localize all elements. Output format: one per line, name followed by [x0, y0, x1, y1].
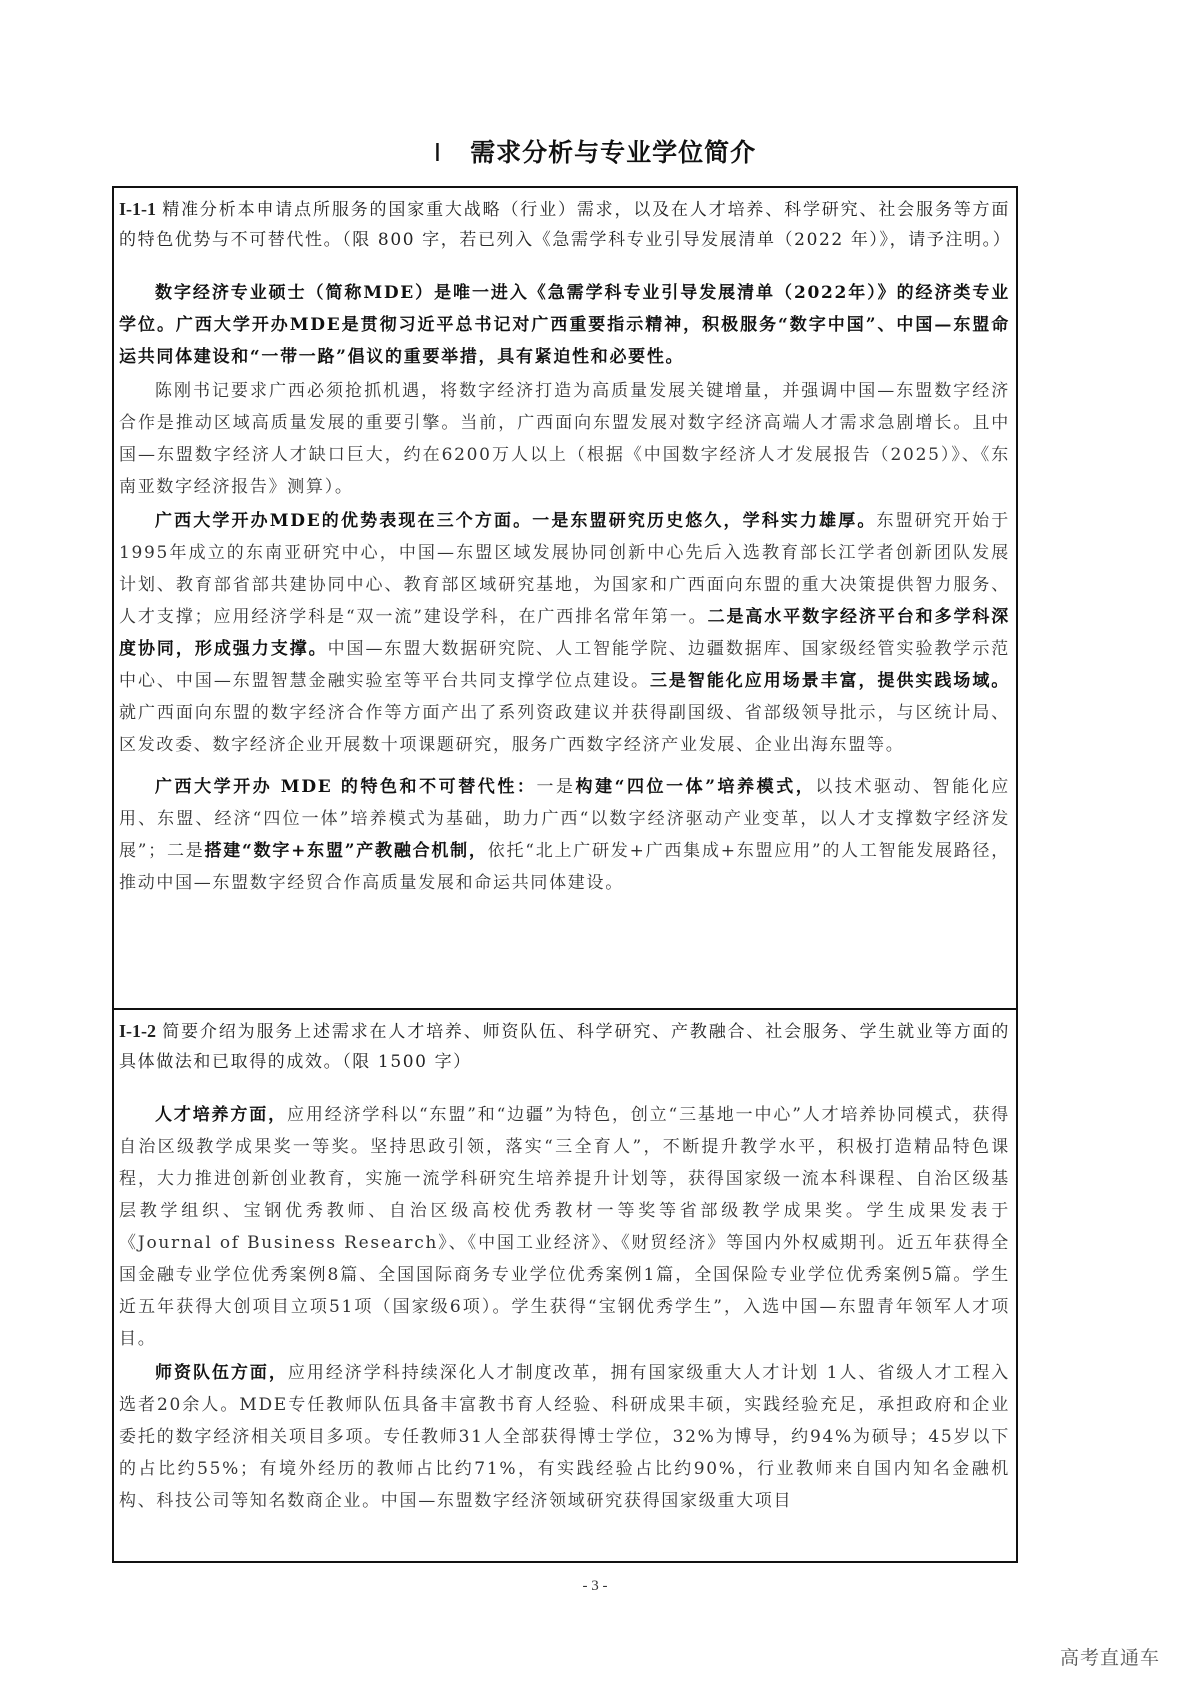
bold-span: 广西大学开办 MDE 的特色和不可替代性： [155, 777, 536, 797]
bold-span: 搭建“数字+东盟”产教融合机制， [205, 841, 488, 861]
watermark: 高考直通车 [1060, 1643, 1160, 1670]
text-span: 应用经济学科以“东盟”和“边疆”为特色，创立“三基地一中心”人才培养协同模式，获… [119, 1105, 1010, 1349]
bold-span: 师资队伍方面， [155, 1363, 288, 1383]
section-prompt: I-1-1精准分析本申请点所服务的国家重大战略（行业）需求，以及在人才培养、科学… [119, 194, 1010, 255]
text-span: 就广西面向东盟的数字经济合作等方面产出了系列资政建议并获得副国级、省部级领导批示… [119, 703, 1010, 755]
bold-span: 人才培养方面， [155, 1105, 287, 1125]
paragraph-uniqueness: 广西大学开办 MDE 的特色和不可替代性：一是构建“四位一体”培养模式，以技术驱… [119, 771, 1010, 899]
section-code: I-1-1 [119, 199, 156, 219]
paragraph-talent-demand: 陈刚书记要求广西必须抢抓机遇，将数字经济打造为高质量发展关键增量，并强调中国—东… [119, 375, 1010, 503]
section-code: I-1-2 [119, 1021, 156, 1041]
paragraph-mde-intro: 数字经济专业硕士（简称MDE）是唯一进入《急需学科专业引导发展清单（2022年）… [119, 277, 1010, 373]
page-title: Ⅰ需求分析与专业学位简介 [0, 133, 1190, 169]
chapter-numeral: Ⅰ [434, 140, 442, 167]
prompt-text: 简要介绍为服务上述需求在人才培养、师资队伍、科学研究、产教融合、社会服务、学生就… [119, 1022, 1010, 1072]
bold-span: 三是智能化应用场景丰富，提供实践场域。 [650, 671, 1010, 691]
bold-span: 构建“四位一体”培养模式， [576, 777, 816, 797]
paragraph-talent-training: 人才培养方面，应用经济学科以“东盟”和“边疆”为特色，创立“三基地一中心”人才培… [119, 1099, 1010, 1355]
section-box-i-1-1: I-1-1精准分析本申请点所服务的国家重大战略（行业）需求，以及在人才培养、科学… [112, 186, 1018, 1010]
text-span: 应用经济学科持续深化人才制度改革，拥有国家级重大人才计划 1人、省级人才工程入选… [119, 1363, 1010, 1511]
section-box-i-1-2: I-1-2简要介绍为服务上述需求在人才培养、师资队伍、科学研究、产教融合、社会服… [112, 1008, 1018, 1563]
paragraph-advantages: 广西大学开办MDE的优势表现在三个方面。一是东盟研究历史悠久，学科实力雄厚。东盟… [119, 505, 1010, 761]
section-prompt: I-1-2简要介绍为服务上述需求在人才培养、师资队伍、科学研究、产教融合、社会服… [119, 1016, 1010, 1077]
paragraph-faculty: 师资队伍方面，应用经济学科持续深化人才制度改革，拥有国家级重大人才计划 1人、省… [119, 1357, 1010, 1517]
prompt-text: 精准分析本申请点所服务的国家重大战略（行业）需求，以及在人才培养、科学研究、社会… [119, 200, 1011, 250]
text-span: 一是 [536, 777, 575, 797]
page-number: - 3 - [0, 1578, 1190, 1595]
bold-span: 广西大学开办MDE的优势表现在三个方面。一是东盟研究历史悠久，学科实力雄厚。 [155, 511, 877, 531]
chapter-title: 需求分析与专业学位简介 [470, 138, 756, 167]
